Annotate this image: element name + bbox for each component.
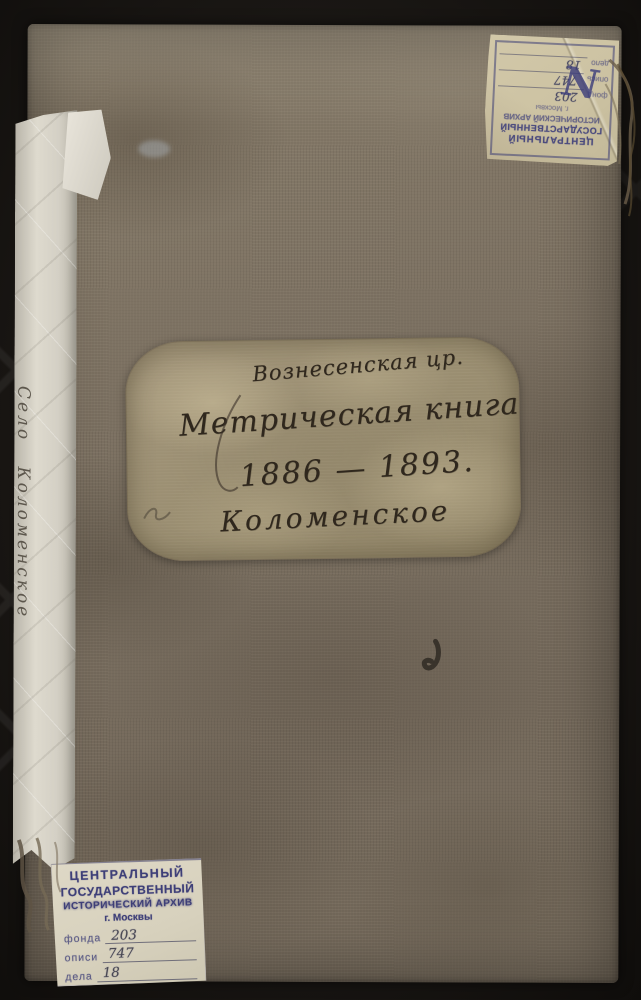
title-label: Вознесенская цр. Метрическая книга 1886 …	[125, 336, 522, 561]
stamp-opis-row: описи 747	[64, 945, 196, 965]
label-years-line: 1886 — 1893.	[239, 444, 476, 495]
spine-inscription: Село Коломенское	[10, 386, 34, 831]
book-cover: Село Коломенское рест. 2010 Вознесенская…	[24, 24, 621, 983]
opis-value: 747	[102, 945, 197, 964]
stamp-delo-row: дела 18	[65, 964, 197, 984]
photo-background: Село Коломенское рест. 2010 Вознесенская…	[0, 0, 641, 1000]
delo-label: дела	[65, 971, 93, 983]
label-church-line: Вознесенская цр.	[251, 345, 464, 387]
fond-value: 203	[105, 926, 196, 945]
stamp-frame: ЦЕНТРАЛЬНЫЙ ГОСУДАРСТВЕННЫЙ ИСТОРИЧЕСКИЙ…	[490, 40, 615, 161]
opis-label: описи	[64, 952, 98, 965]
frayed-threads-top-right	[601, 54, 641, 224]
archive-stamp-bottom-left: ЦЕНТРАЛЬНЫЙ ГОСУДАРСТВЕННЫЙ ИСТОРИЧЕСКИЙ…	[51, 858, 207, 987]
small-pencil-mark	[140, 500, 174, 526]
delo-value: 18	[97, 964, 198, 983]
ink-flourish	[196, 391, 258, 502]
frayed-threads-strip-bottom	[8, 836, 72, 936]
stamp-fond-row: фонда 203	[64, 926, 196, 946]
light-smudge	[138, 140, 170, 157]
ink-blot	[419, 637, 445, 677]
